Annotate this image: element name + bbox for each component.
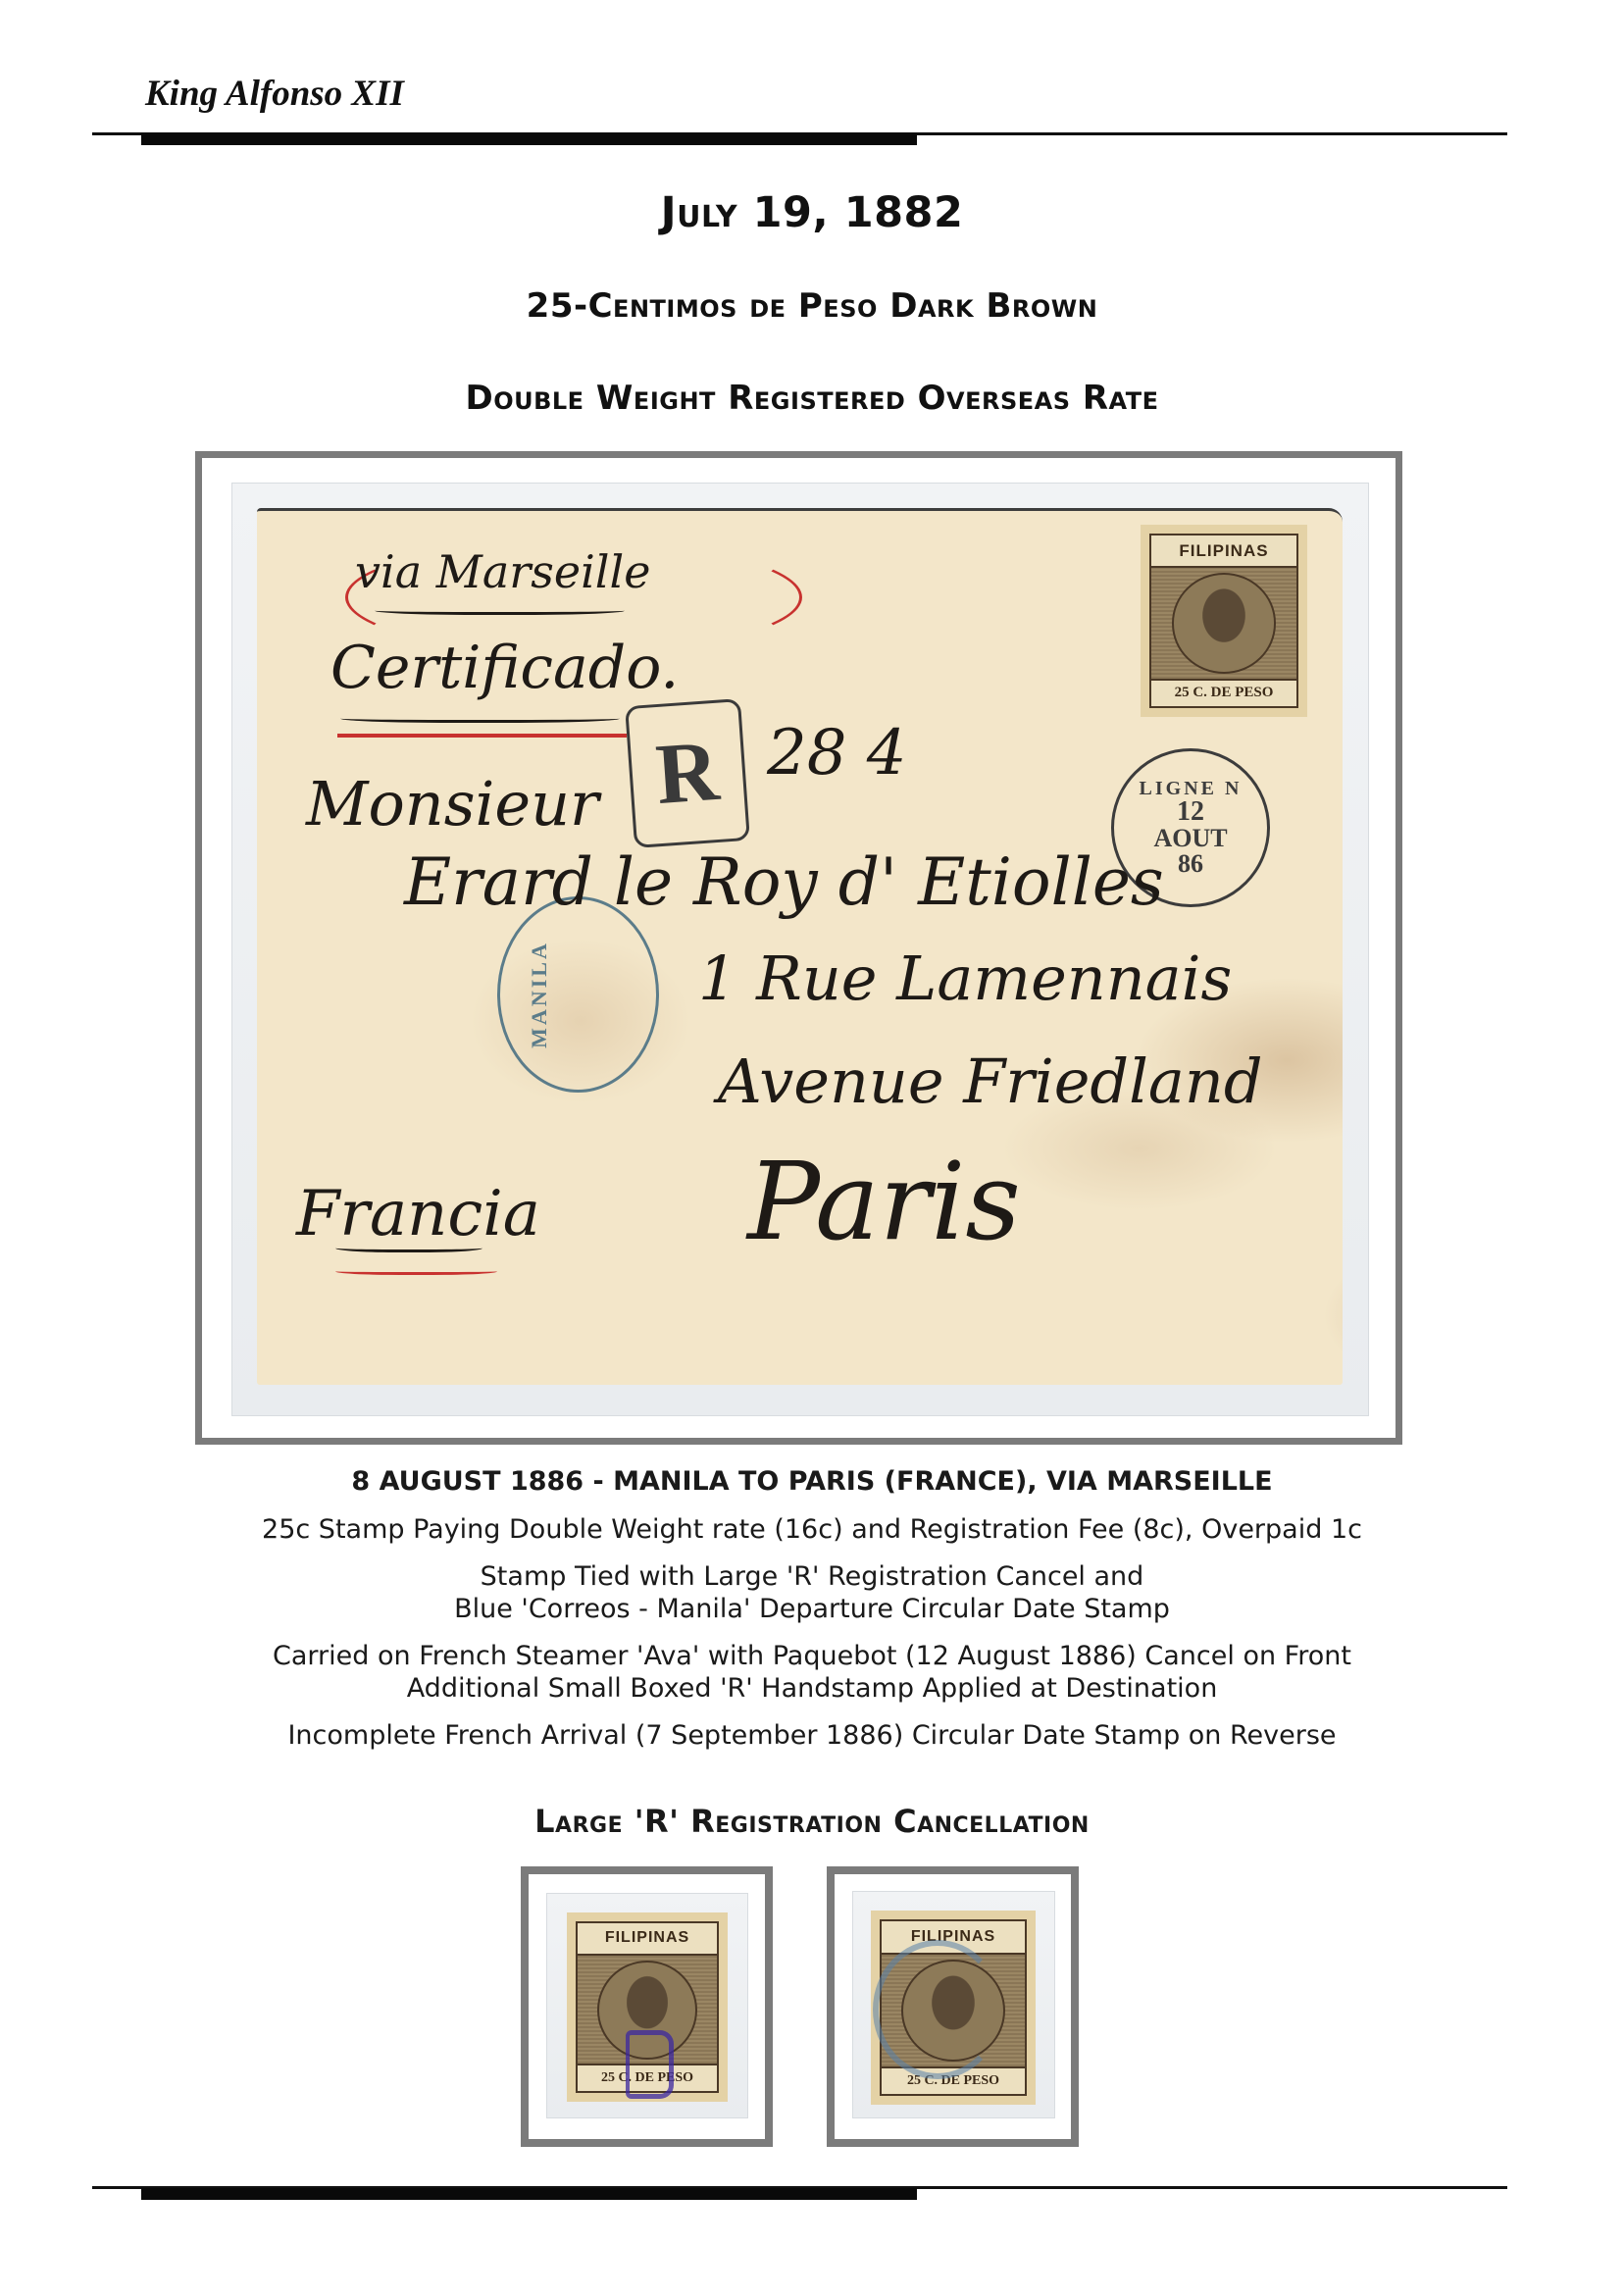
caption-line-arrival: Incomplete French Arrival (7 September 1… xyxy=(0,1719,1624,1752)
manuscript-certificado: Certificado. xyxy=(330,634,679,702)
stamp-country: FILIPINAS xyxy=(1151,535,1296,568)
violet-r-cancel xyxy=(626,2030,674,2099)
certificado-red-underline xyxy=(337,734,627,738)
manuscript-salutation: Monsieur xyxy=(306,768,599,840)
caption-line-destination: Additional Small Boxed 'R' Handstamp App… xyxy=(0,1672,1624,1705)
single-stamp-1: FILIPINAS 25 C. DE PESO xyxy=(567,1912,728,2102)
header-rule-thick xyxy=(141,133,917,145)
stamp-value: 25 C. DE PESO xyxy=(1151,679,1296,706)
heading-stamp-description: 25-Centimos de Peso Dark Brown xyxy=(0,286,1624,326)
blue-cancel xyxy=(873,1940,1002,2079)
country-underline xyxy=(335,1242,482,1252)
manuscript-via-marseille: via Marseille xyxy=(355,545,650,598)
single-stamp-2: FILIPINAS 25 C. DE PESO xyxy=(871,1911,1036,2105)
footer-rule-thick xyxy=(141,2188,917,2200)
paquebot-day: 12 xyxy=(1177,798,1204,826)
manuscript-avenue: Avenue Friedland xyxy=(718,1045,1263,1117)
manuscript-city: Paris xyxy=(747,1139,1021,1264)
cover-envelope: via Marseille Certificado. R 28 4 FILIPI… xyxy=(257,508,1343,1385)
stamp-1-country: FILIPINAS xyxy=(578,1923,717,1956)
paquebot-line: LIGNE N xyxy=(1140,779,1243,798)
country-red-underline xyxy=(335,1266,497,1275)
caption-line-rate: 25c Stamp Paying Double Weight rate (16c… xyxy=(0,1513,1624,1546)
paquebot-year: 86 xyxy=(1178,851,1203,877)
caption-line-steamer: Carried on French Steamer 'Ava' with Paq… xyxy=(0,1640,1624,1672)
caption-line-departure: Blue 'Correos - Manila' Departure Circul… xyxy=(0,1593,1624,1625)
section-title-registration-cancel: Large 'R' Registration Cancellation xyxy=(0,1803,1624,1840)
caption-line-tied: Stamp Tied with Large 'R' Registration C… xyxy=(0,1560,1624,1593)
king-portrait xyxy=(1172,573,1277,674)
page-header-title: King Alfonso XII xyxy=(145,73,404,115)
via-underline xyxy=(375,604,625,615)
manila-departure-postmark: MANILA xyxy=(497,896,659,1093)
manuscript-street: 1 Rue Lamennais xyxy=(698,943,1232,1014)
manuscript-country: Francia xyxy=(296,1178,540,1250)
manila-postmark-text: MANILA xyxy=(528,941,549,1048)
manuscript-rate-note: 28 4 xyxy=(767,717,907,790)
manuscript-addressee: Erard le Roy d' Etiolles xyxy=(404,844,1164,920)
certificado-underline xyxy=(340,712,620,723)
registration-r-handstamp: R xyxy=(625,698,750,848)
paquebot-month: AOUT xyxy=(1153,826,1227,851)
caption-title: 8 AUGUST 1886 - MANILA TO PARIS (FRANCE)… xyxy=(0,1466,1624,1497)
heading-issue-date: July 19, 1882 xyxy=(0,188,1624,237)
heading-rate: Double Weight Registered Overseas Rate xyxy=(0,379,1624,418)
cover-stamp: FILIPINAS 25 C. DE PESO xyxy=(1141,525,1307,717)
